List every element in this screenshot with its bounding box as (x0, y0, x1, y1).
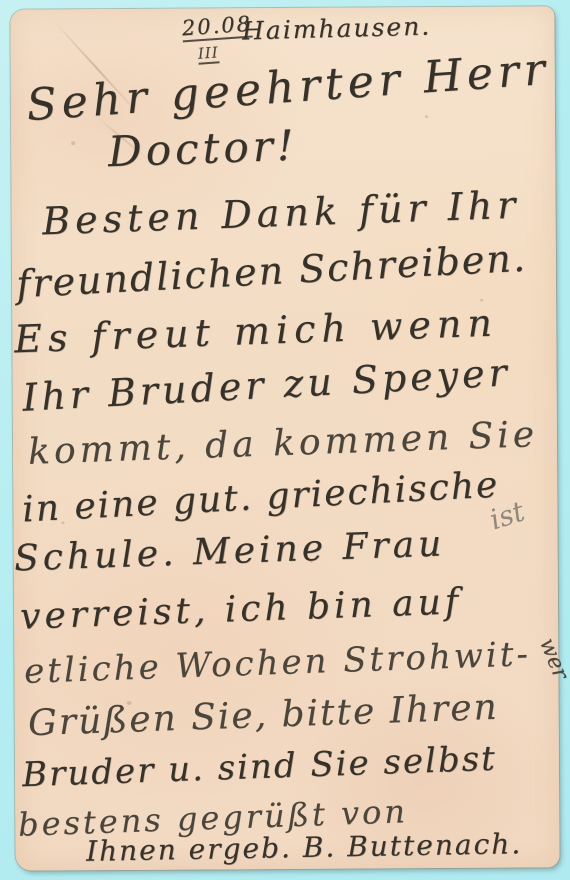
handwriting-date-numeral: III (197, 45, 219, 64)
handwriting-signature: Ihnen ergeb. B. Buttenach. (86, 830, 523, 866)
handwriting-place: Haimhausen. (242, 14, 432, 44)
paper-speck (425, 115, 428, 118)
paper-speck (71, 141, 75, 145)
handwriting-salutation-line: Doctor! (107, 125, 298, 174)
scan-mat: 20.08 III Haimhausen. Sehr geehrter Herr… (0, 0, 570, 880)
